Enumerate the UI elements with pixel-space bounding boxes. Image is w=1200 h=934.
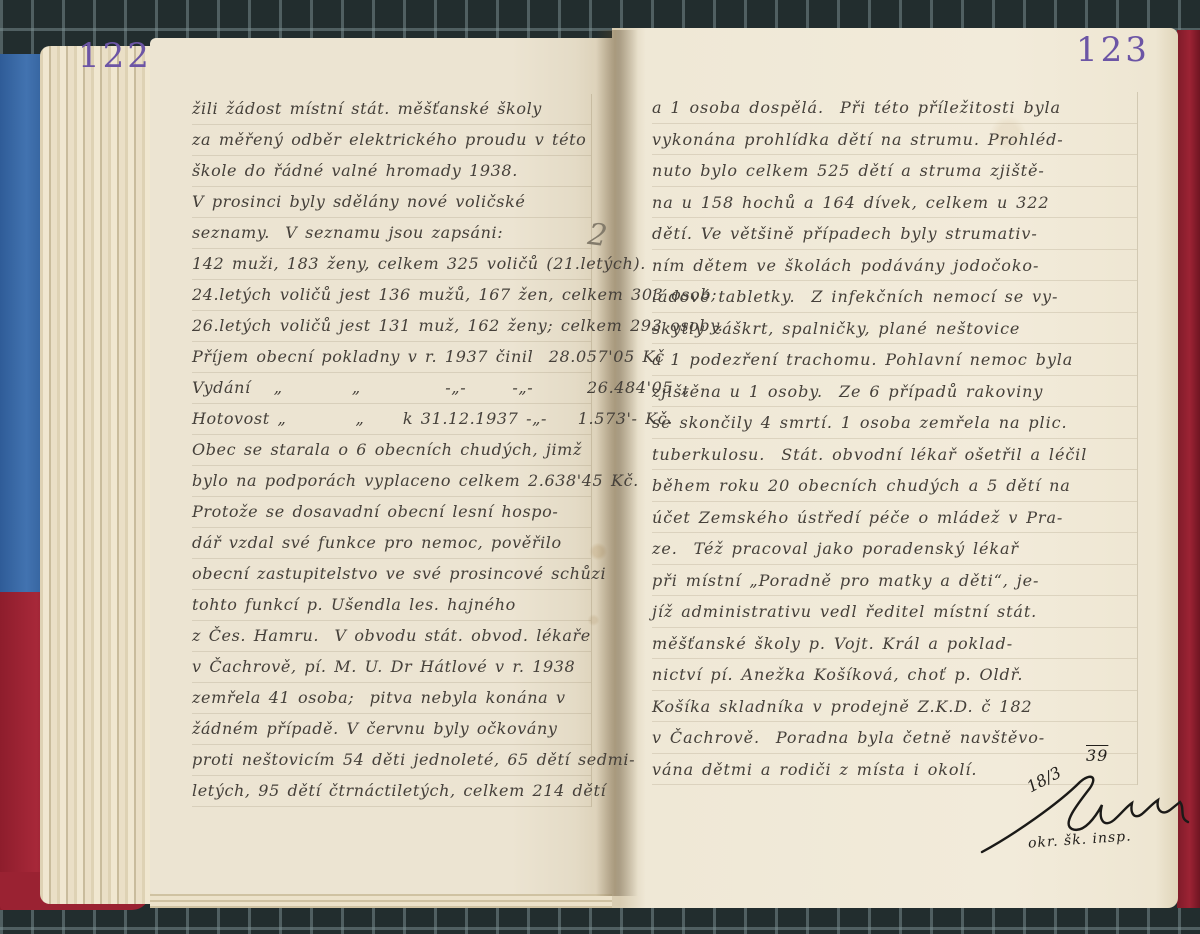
handwritten-line: v Čachrově, pí. M. U. Dr Hátlové v r. 19… [192, 652, 591, 683]
right-page-handwriting: a 1 osoba dospělá. Při této příležitosti… [652, 92, 1138, 785]
handwritten-line: měšťanské školy p. Vojt. Král a poklad- [652, 628, 1137, 660]
page-edges-left [40, 46, 168, 904]
handwritten-line: a 1 podezření trachomu. Pohlavní nemoc b… [652, 344, 1137, 376]
page-number-123: 123 [1076, 30, 1150, 70]
handwritten-line: škole do řádné valné hromady 1938. [192, 156, 591, 187]
handwritten-line: Hotovost „ „ k 31.12.1937 -„- 1.573'- Kč… [192, 404, 591, 435]
handwritten-line: nictví pí. Anežka Košíková, choť p. Oldř… [652, 659, 1137, 691]
handwritten-line: ládové tabletky. Z infekčních nemocí se … [652, 281, 1137, 313]
handwritten-line: žili žádost místní stát. měšťanské školy [192, 94, 591, 125]
handwritten-line: ze. Též pracoval jako poradenský lékař [652, 533, 1137, 565]
handwritten-line: proti neštovicím 54 děti jednoleté, 65 d… [192, 745, 591, 776]
handwritten-line: obecní zastupitelstvo ve své prosincové … [192, 559, 591, 590]
handwritten-line: V prosinci byly sdělány nové voličské [192, 187, 591, 218]
handwritten-line: ním dětem ve školách podávány jodočoko- [652, 250, 1137, 282]
handwritten-line: Košíka skladníka v prodejně Z.K.D. č 182 [652, 691, 1137, 723]
handwritten-line: na u 158 hochů a 164 dívek, celkem u 322 [652, 187, 1137, 219]
handwritten-line: jíž administrativu vedl ředitel místní s… [652, 596, 1137, 628]
handwritten-line: 142 muži, 183 ženy, celkem 325 voličů (2… [192, 249, 591, 280]
handwritten-line: 26.letých voličů jest 131 muž, 162 ženy;… [192, 311, 591, 342]
handwritten-line: v Čachrově. Poradna byla četně navštěvo- [652, 722, 1137, 754]
handwritten-line: Obec se starala o 6 obecních chudých, ji… [192, 435, 591, 466]
handwritten-line: tohto funkcí p. Ušendla les. hajného [192, 590, 591, 621]
page-number-122: 122 [78, 36, 152, 76]
handwritten-line: dětí. Ve většině případech byly strumati… [652, 218, 1137, 250]
handwritten-line: a 1 osoba dospělá. Při této příležitosti… [652, 92, 1137, 124]
handwritten-line: seznamy. V seznamu jsou zapsáni: [192, 218, 591, 249]
handwritten-line: dář vzdal své funkce pro nemoc, pověřilo [192, 528, 591, 559]
handwritten-line: účet Zemského ústředí péče o mládež v Pr… [652, 502, 1137, 534]
chronicle-photo: 122 123 žili žádost místní stát. měšťans… [0, 0, 1200, 934]
handwritten-line: 24.letých voličů jest 136 mužů, 167 žen,… [192, 280, 591, 311]
handwritten-line: Protože se dosavadní obecní lesní hospo- [192, 497, 591, 528]
handwritten-line: skytly záškrt, spalničky, plané neštovic… [652, 313, 1137, 345]
handwritten-line: bylo na podporách vyplaceno celkem 2.638… [192, 466, 591, 497]
left-page-handwriting: žili žádost místní stát. měšťanské školy… [192, 94, 592, 807]
handwritten-line: tuberkulosu. Stát. obvodní lékař ošetřil… [652, 439, 1137, 471]
handwritten-line: při místní „Poradně pro matky a děti“, j… [652, 565, 1137, 597]
handwritten-line: zemřela 41 osoba; pitva nebyla konána v [192, 683, 591, 714]
book-cover-blue-edge [0, 54, 44, 598]
handwritten-line: vykonána prohlídka dětí na strumu. Prohl… [652, 124, 1137, 156]
handwritten-line: zjištěna u 1 osoby. Ze 6 případů rakovin… [652, 376, 1137, 408]
handwritten-line: během roku 20 obecních chudých a 5 dětí … [652, 470, 1137, 502]
handwritten-line: letých, 95 dětí čtrnáctiletých, celkem 2… [192, 776, 591, 807]
handwritten-line: za měřený odběr elektrického proudu v té… [192, 125, 591, 156]
handwritten-line: Vydání „ „ -„- -„- 26.484'05 „ [192, 373, 591, 404]
handwritten-line: žádném případě. V červnu byly očkovány [192, 714, 591, 745]
handwritten-line: Příjem obecní pokladny v r. 1937 činil 2… [192, 342, 591, 373]
handwritten-line: se skončily 4 smrtí. 1 osoba zemřela na … [652, 407, 1137, 439]
handwritten-line: z Čes. Hamru. V obvodu stát. obvod. léka… [192, 621, 591, 652]
handwritten-line: nuto bylo celkem 525 dětí a struma zjišt… [652, 155, 1137, 187]
